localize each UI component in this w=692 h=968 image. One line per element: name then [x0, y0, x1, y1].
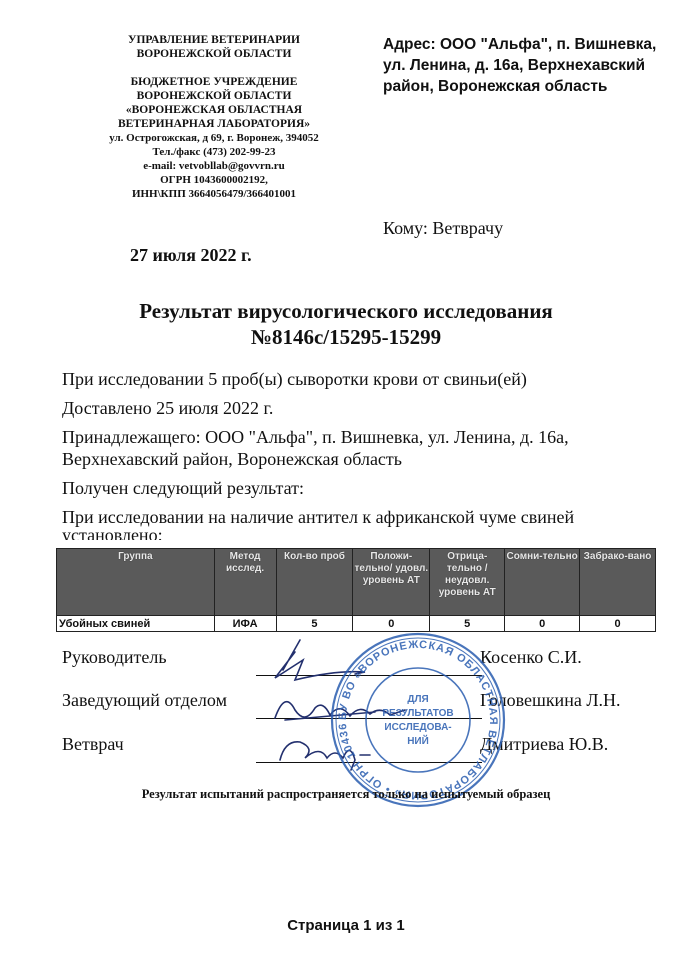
cell-group: Убойных свиней: [57, 616, 215, 632]
address-line: ул. Ленина, д. 16а, Верхнехавский: [383, 55, 673, 76]
page-number: Страница 1 из 1: [0, 917, 692, 934]
address-line: Адрес: ООО "Альфа", п. Вишневка,: [383, 34, 673, 55]
header-rejected: Забрако-вано: [580, 549, 656, 616]
recipient-address: Адрес: ООО "Альфа", п. Вишневка, ул. Лен…: [383, 34, 673, 97]
owner-text: Принадлежащего: ООО "Альфа", п. Вишневка…: [62, 426, 662, 448]
org-address: ул. Острогожская, д 69, г. Воронеж, 3940…: [96, 131, 332, 145]
cell-rejected: 0: [580, 616, 656, 632]
results-table: Группа Метод исслед. Кол-во проб Положи-…: [56, 548, 656, 632]
org-line: БЮДЖЕТНОЕ УЧРЕЖДЕНИЕ: [96, 75, 332, 89]
header-doubtful: Сомни-тельно: [505, 549, 580, 616]
document-body: При исследовании 5 проб(ы) сыворотки кро…: [62, 368, 662, 540]
address-line: район, Воронежская область: [383, 76, 673, 97]
recipient: Кому: Ветврачу: [383, 218, 503, 239]
org-inn: ИНН\КПП 3664056479/366401001: [96, 187, 332, 201]
finding-text: При исследовании на наличие антител к аф…: [62, 506, 662, 528]
organization-header: УПРАВЛЕНИЕ ВЕТЕРИНАРИИ ВОРОНЕЖСКОЙ ОБЛАС…: [96, 33, 332, 201]
footer-note: Результат испытаний распространяется тол…: [0, 787, 692, 802]
org-line: УПРАВЛЕНИЕ ВЕТЕРИНАРИИ: [96, 33, 332, 47]
stamp-inner-line: НИЙ: [407, 734, 429, 747]
signature-role-vet: Ветврач: [62, 734, 124, 755]
org-ogrn: ОГРН 1043600002192,: [96, 173, 332, 187]
stamp-inner-line: РЕЗУЛЬТАТОВ: [382, 708, 453, 719]
signature-role-head: Руководитель: [62, 647, 167, 668]
cell-method: ИФА: [214, 616, 276, 632]
finding-text-cont: установлено:: [62, 528, 662, 540]
org-line: ВОРОНЕЖСКОЙ ОБЛАСТИ: [96, 89, 332, 103]
org-line: ВЕТЕРИНАРНАЯ ЛАБОРАТОРИЯ»: [96, 117, 332, 131]
title-line: Результат вирусологического исследования: [0, 298, 692, 324]
org-line: «ВОРОНЕЖСКАЯ ОБЛАСТНАЯ: [96, 103, 332, 117]
org-phone: Тел./факс (473) 202-99-23: [96, 145, 332, 159]
header-negative: Отрица-тельно / неудовл. уровень АТ: [430, 549, 505, 616]
owner-text-cont: Верхнехавский район, Воронежская область: [62, 448, 662, 470]
signature-role-dept: Заведующий отделом: [62, 690, 227, 711]
samples-text: При исследовании 5 проб(ы) сыворотки кро…: [62, 368, 662, 390]
table-header-row: Группа Метод исслед. Кол-во проб Положи-…: [57, 549, 656, 616]
stamp-inner-line: ИССЛЕДОВА-: [384, 722, 451, 733]
official-stamp-icon: БУ ВО «ВОРОНЕЖСКАЯ ОБЛАСТНАЯ ВЕТЛАБОРАТО…: [328, 630, 508, 810]
cell-doubtful: 0: [505, 616, 580, 632]
header-sample-count: Кол-во проб: [276, 549, 353, 616]
stamp-inner-line: ДЛЯ: [407, 694, 428, 705]
header-method: Метод исслед.: [214, 549, 276, 616]
document-number: №8146с/15295-15299: [0, 324, 692, 350]
document-date: 27 июля 2022 г.: [130, 245, 252, 266]
header-positive: Положи-тельно/ удовл. уровень АТ: [353, 549, 430, 616]
org-email: e-mail: vetvobllab@govvrn.ru: [96, 159, 332, 173]
delivered-text: Доставлено 25 июля 2022 г.: [62, 397, 662, 419]
result-intro: Получен следующий результат:: [62, 477, 662, 499]
org-line: ВОРОНЕЖСКОЙ ОБЛАСТИ: [96, 47, 332, 61]
document-title: Результат вирусологического исследования…: [0, 298, 692, 350]
header-group: Группа: [57, 549, 215, 616]
